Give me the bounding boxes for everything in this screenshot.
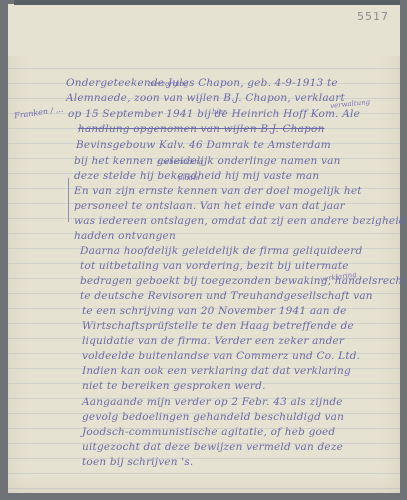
text-line: te een schrijving van 20 November 1941 a… bbox=[82, 305, 347, 317]
text-line: bedragen geboekt bij toegezonden bewakin… bbox=[80, 275, 407, 287]
text-line: liquidatie van de firma. Verder een zeke… bbox=[82, 335, 344, 347]
text-line: bij het kennen geleidelijk onderlinge na… bbox=[74, 155, 341, 167]
text-line: Alemnaede, zoon van wijlen B.J. Chapon, … bbox=[66, 92, 345, 104]
text-line: personeel te ontslaan. Van het einde van… bbox=[74, 200, 345, 212]
text-line: Daarna hoofdelijk geleidelijk de firma g… bbox=[80, 245, 362, 257]
page-number: 5517 bbox=[357, 10, 389, 23]
text-line: niet te bereiken gesproken werd. bbox=[82, 380, 266, 392]
text-line: Joodsch-communistische agitatie, of heb … bbox=[82, 426, 335, 438]
text-line: Aangaande mijn verder op 2 Febr. 43 als … bbox=[82, 396, 343, 408]
text-line: Ondergeteekende Jules Chapon, geb. 4-9-1… bbox=[66, 77, 338, 89]
text-line: was iedereen ontslagen, omdat dat zij ee… bbox=[74, 215, 406, 227]
text-line: op 15 September 1941 bij de Heinrich Hof… bbox=[68, 108, 360, 120]
text-line: hadden ontvangen bbox=[74, 230, 176, 242]
margin-bracket bbox=[68, 178, 69, 222]
text-line: toen bij schrijven 's. bbox=[82, 456, 193, 468]
text-line: uitgezocht dat deze bewijzen vermeld van… bbox=[82, 441, 343, 453]
text-line: tot uitbetaling van vordering, bezit bij… bbox=[80, 260, 349, 272]
text-line: voldeelde buitenlandse van Commerz und C… bbox=[82, 350, 360, 362]
text-line: deze stelde hij bekendheid hij mij vaste… bbox=[74, 170, 319, 182]
text-line: En van zijn ernste kennen van der doel m… bbox=[74, 185, 362, 197]
text-line: gevolg bedoelingen gehandeld beschuldigd… bbox=[82, 411, 344, 423]
scan-edge bbox=[14, 0, 400, 5]
text-line: Bevinsgebouw Kalv. 46 Damrak te Amsterda… bbox=[76, 139, 331, 151]
text-line: handlung opgenomen van wijlen B.J. Chapo… bbox=[78, 123, 325, 135]
text-line: Indien kan ook een verklaring dat dat ve… bbox=[82, 365, 351, 377]
text-line: te deutsche Revisoren und Treuhandgesell… bbox=[80, 290, 373, 302]
text-line: Wirtschaftsprüfstelle te den Haag betref… bbox=[82, 320, 354, 332]
